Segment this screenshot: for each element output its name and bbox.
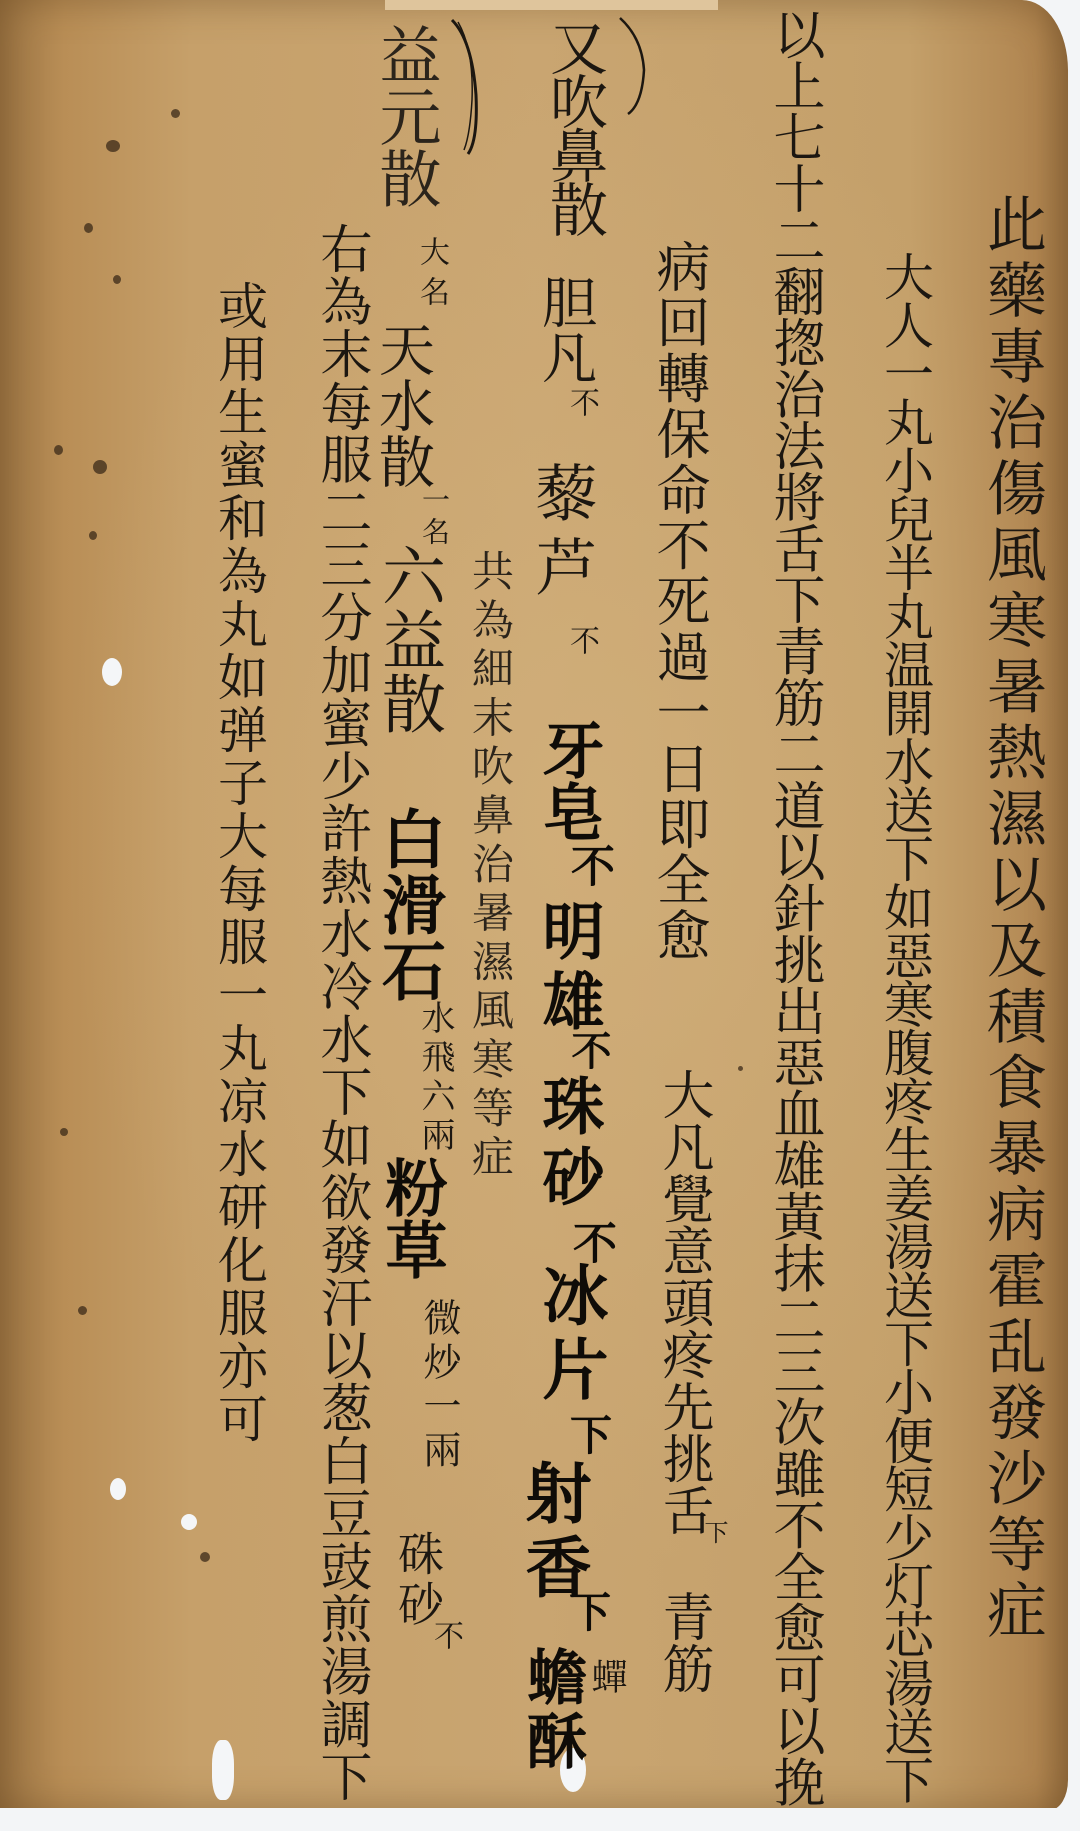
yi-yuan-san-usage-2: 或用生蜜和為丸如弹子大每服一丸凉水研化服亦可 [214, 280, 264, 1446]
ingredient-name: 牙皂 [537, 718, 599, 842]
chui-bi-san-usage: 共為細末吹鼻治暑濕風寒等症 [469, 549, 511, 1183]
ingredient-name: 胆凡 [537, 274, 592, 384]
recipe-title-chui-bi-san: 又吹鼻散 [545, 18, 603, 234]
ingredient-name: 蟾酥 [522, 1646, 582, 1774]
headache-note-part2: 青筋 [657, 1590, 709, 1694]
yi-yuan-san-usage-1: 右為末每服二三分加蜜少許熱水冷水下如欲發汗以葱白豆豉煎湯調下 [315, 222, 367, 1803]
ingredient-name: 明雄 [537, 899, 599, 1039]
headache-note-insert: 下 [702, 1520, 726, 1544]
ingredient-amount: 不 [568, 1220, 612, 1264]
ingredient-amount: 不 [566, 843, 610, 887]
ingredient-name: 珠砂 [537, 1074, 599, 1214]
ingredient-name: 射香 [520, 1459, 586, 1607]
ingredient-name: 硃砂 [395, 1530, 441, 1630]
ingredient-name: 白滑石 [376, 806, 440, 1004]
ingredient-amount: 下 [567, 1413, 609, 1455]
ingredient-correction-note: 蟬 [588, 1658, 624, 1694]
ingredient-name: 冰片 [537, 1261, 603, 1409]
recipe-title-yi-yuan-san: 益元散 [374, 23, 436, 209]
column-treatment-continued: 病回轉保命不死過一日即全愈 [652, 239, 706, 963]
ingredient-name: 藜芦 [530, 461, 592, 609]
ingredient-note: 水飛六兩 [418, 1000, 452, 1156]
ingredient-amount: 不 [568, 1030, 608, 1070]
headache-note-part1: 大凡覺意頭疼先挑舌 [657, 1068, 709, 1536]
alias-name: 六益散 [376, 543, 440, 735]
ingredient-amount: 不 [566, 625, 596, 655]
alias-name: 天水散 [374, 321, 430, 489]
ingredient-note: 微炒一兩 [420, 1298, 458, 1474]
column-dosage: 大人一丸小兒半丸温開水送下如惡寒腹疼生姜湯送下小便短少灯芯湯送下 [880, 251, 930, 1803]
ingredient-name: 粉草 [380, 1156, 442, 1280]
column-indications: 此藥專治傷風寒暑熱濕以及積食暴病霍乱發沙等症 [982, 193, 1042, 1645]
ingredient-amount: 不 [566, 387, 596, 417]
alias-label: 大名 [416, 236, 446, 316]
alias-label: 一名 [420, 485, 448, 549]
ingredient-note: 不 [430, 1620, 460, 1650]
column-treatment: 以上七十二翻揔治法將舌下青筋二道以針挑出惡血雄黃抹二三次雖不全愈可以挽 [768, 8, 820, 1807]
ingredient-amount: 下 [566, 1590, 608, 1632]
